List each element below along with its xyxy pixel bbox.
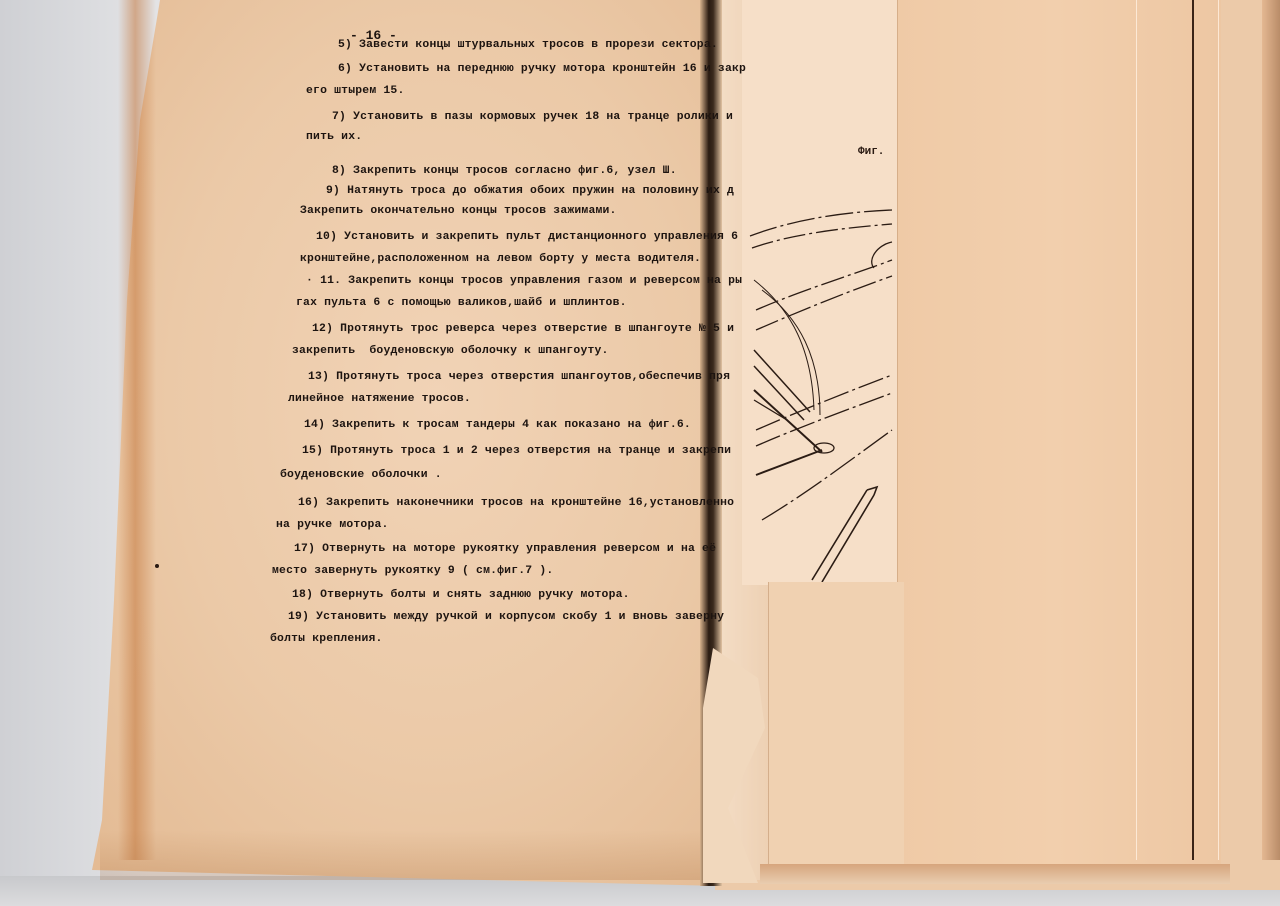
text-line: место завернуть рукоятку 9 ( см.фиг.7 ).	[272, 566, 553, 577]
right-page-edge	[1262, 0, 1280, 860]
text-line: 10) Установить и закрепить пульт дистанц…	[316, 232, 738, 243]
text-line: Закрепить окончательно концы тросов зажи…	[300, 206, 617, 217]
text-line: 13) Протянуть троса через отверстия шпан…	[308, 372, 730, 383]
text-line: боуденовские оболочки .	[280, 470, 442, 481]
text-line: гах пульта 6 с помощью валиков,шайб и шп…	[296, 298, 627, 309]
text-line: 19) Установить между ручкой и корпусом с…	[288, 612, 724, 623]
text-line: на ручке мотора.	[276, 520, 389, 531]
figure-label: Фиг.	[858, 146, 884, 158]
text-line: 9) Натянуть троса до обжатия обоих пружи…	[326, 186, 734, 197]
text-line: 12) Протянуть трос реверса через отверст…	[312, 324, 734, 335]
text-line: 8) Закрепить концы тросов согласно фиг.6…	[332, 166, 677, 177]
text-line: 16) Закрепить наконечники тросов на крон…	[298, 498, 734, 509]
text-line: 15) Протянуть троса 1 и 2 через отверсти…	[302, 446, 731, 457]
text-line: его штырем 15.	[306, 86, 405, 97]
stacked-page-edges	[760, 864, 1230, 884]
fold-crease	[1136, 0, 1137, 860]
text-line: линейное натяжение тросов.	[288, 394, 471, 405]
text-line: закрепить боуденовскую оболочку к шпанго…	[292, 346, 609, 357]
text-line: болты крепления.	[270, 634, 383, 645]
text-line: 5) Завести концы штурвальных тросов в пр…	[338, 40, 718, 51]
folded-flap	[768, 582, 904, 882]
left-page-stained-edge	[118, 0, 156, 860]
margin-dot	[155, 564, 159, 568]
text-line: 14) Закрепить к тросам тандеры 4 как пок…	[304, 420, 691, 431]
text-line: 17) Отвернуть на моторе рукоятку управле…	[294, 544, 716, 555]
text-line: кронштейне,расположенном на левом борту …	[300, 254, 701, 265]
text-line: 18) Отвернуть болты и снять заднюю ручку…	[292, 590, 630, 601]
fold-crease	[1218, 0, 1219, 860]
text-line: 6) Установить на переднюю ручку мотора к…	[338, 64, 746, 75]
text-line: пить их.	[306, 132, 362, 143]
left-page	[92, 0, 720, 886]
text-line: 7) Установить в пазы кормовых ручек 18 н…	[332, 112, 733, 123]
technical-drawing	[742, 190, 897, 585]
text-line: · 11. Закрепить концы тросов управления …	[306, 276, 742, 287]
fold-crease-dark	[1192, 0, 1194, 860]
left-page-bottom-shadow	[100, 830, 700, 880]
folded-diagram-panel	[890, 0, 1221, 865]
